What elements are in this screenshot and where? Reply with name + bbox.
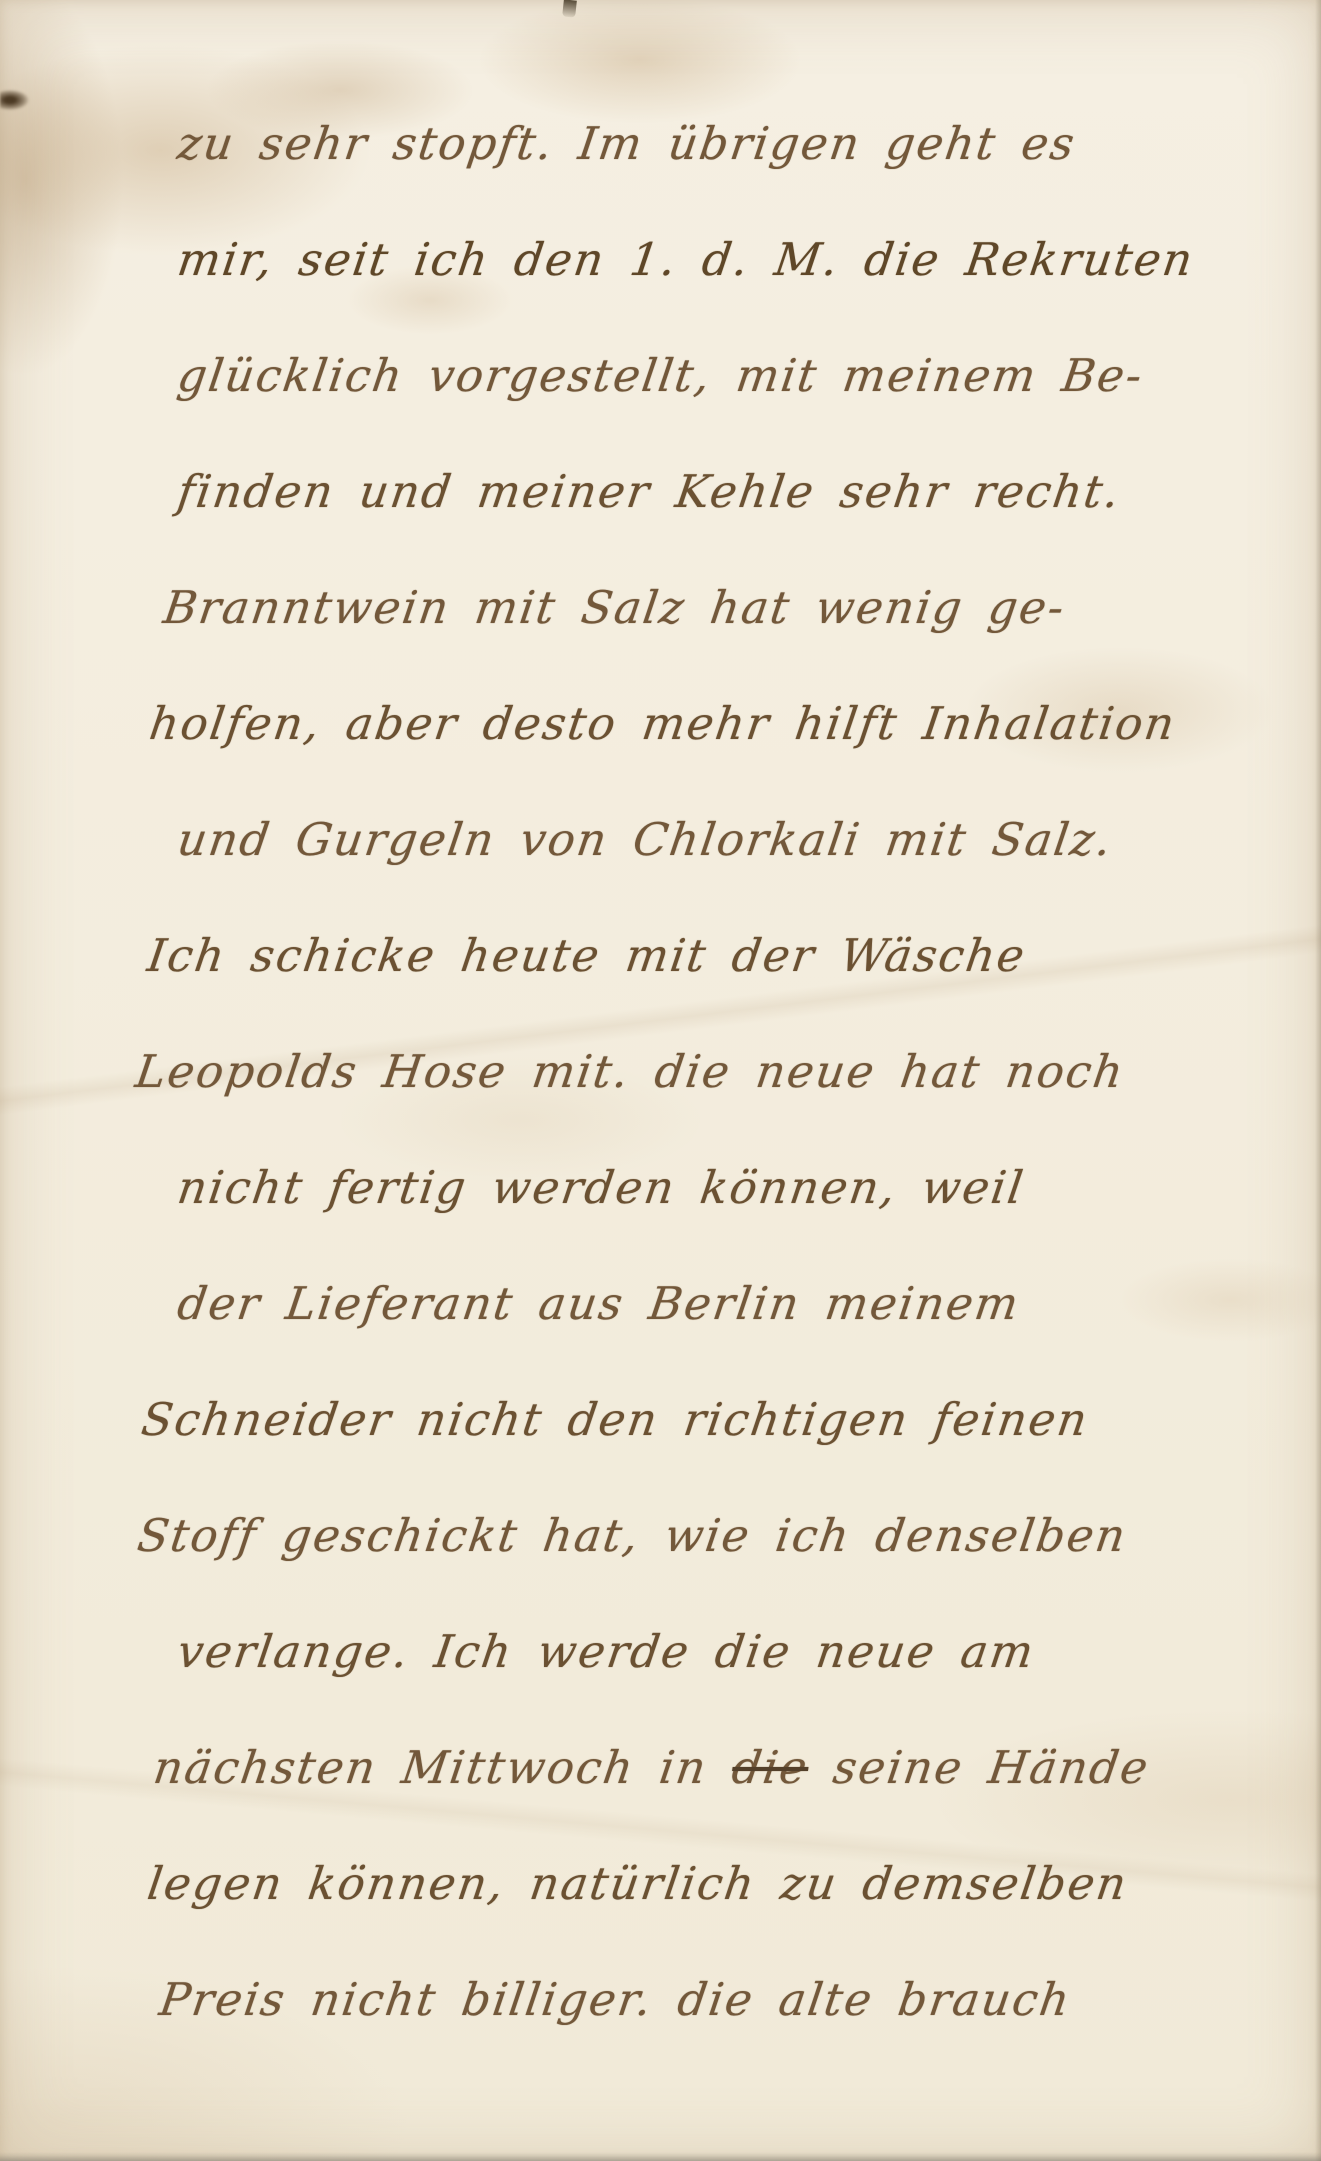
- handwriting-line-14: verlange. Ich werde die neue am: [170, 1594, 1289, 1710]
- handwriting-line-1: zu sehr stopft. Im übrigen geht es: [170, 86, 1289, 202]
- handwriting-line-3: glücklich vorgestellt, mit meinem Be-: [170, 318, 1289, 434]
- handwriting-line-10: nicht fertig werden können, weil: [170, 1130, 1289, 1246]
- handwriting-line-6: holfen, aber desto mehr hilft Inhalation: [142, 666, 1289, 782]
- handwriting-line-17: Preis nicht billiger. die alte brauch: [152, 1942, 1289, 2058]
- scan-edge-right: [1315, 0, 1321, 2161]
- ink-smudge-left-edge: [0, 82, 44, 118]
- line-15-text-after: seine Hände: [805, 1741, 1153, 1794]
- handwriting-line-8: Ich schicke heute mit der Wäsche: [140, 898, 1289, 1014]
- handwriting-line-15: nächsten Mittwoch in die seine Hände: [146, 1710, 1289, 1826]
- handwriting-text-block: zu sehr stopft. Im übrigen geht es mir, …: [178, 86, 1281, 2058]
- handwriting-line-4: finden und meiner Kehle sehr recht.: [170, 434, 1289, 550]
- handwriting-line-13: Stoff geschickt hat, wie ich denselben: [130, 1478, 1289, 1594]
- handwriting-line-9: Leopolds Hose mit. die neue hat noch: [128, 1014, 1289, 1130]
- handwriting-line-11: der Lieferant aus Berlin meinem: [170, 1246, 1289, 1362]
- line-15-text-before: nächsten Mittwoch in: [150, 1741, 736, 1794]
- handwriting-line-16: legen können, natürlich zu demselben: [140, 1826, 1289, 1942]
- strikethrough-word: die: [729, 1741, 812, 1794]
- paper-edge-mark-top: [562, 0, 577, 18]
- handwriting-line-7: und Gurgeln von Chlorkali mit Salz.: [170, 782, 1289, 898]
- scan-edge-bottom: [0, 2152, 1321, 2161]
- letter-page: zu sehr stopft. Im übrigen geht es mir, …: [0, 0, 1321, 2161]
- handwriting-line-2: mir, seit ich den 1. d. M. die Rekruten: [170, 202, 1289, 318]
- handwriting-line-5: Branntwein mit Salz hat wenig ge-: [156, 550, 1289, 666]
- handwriting-line-12: Schneider nicht den richtigen feinen: [134, 1362, 1289, 1478]
